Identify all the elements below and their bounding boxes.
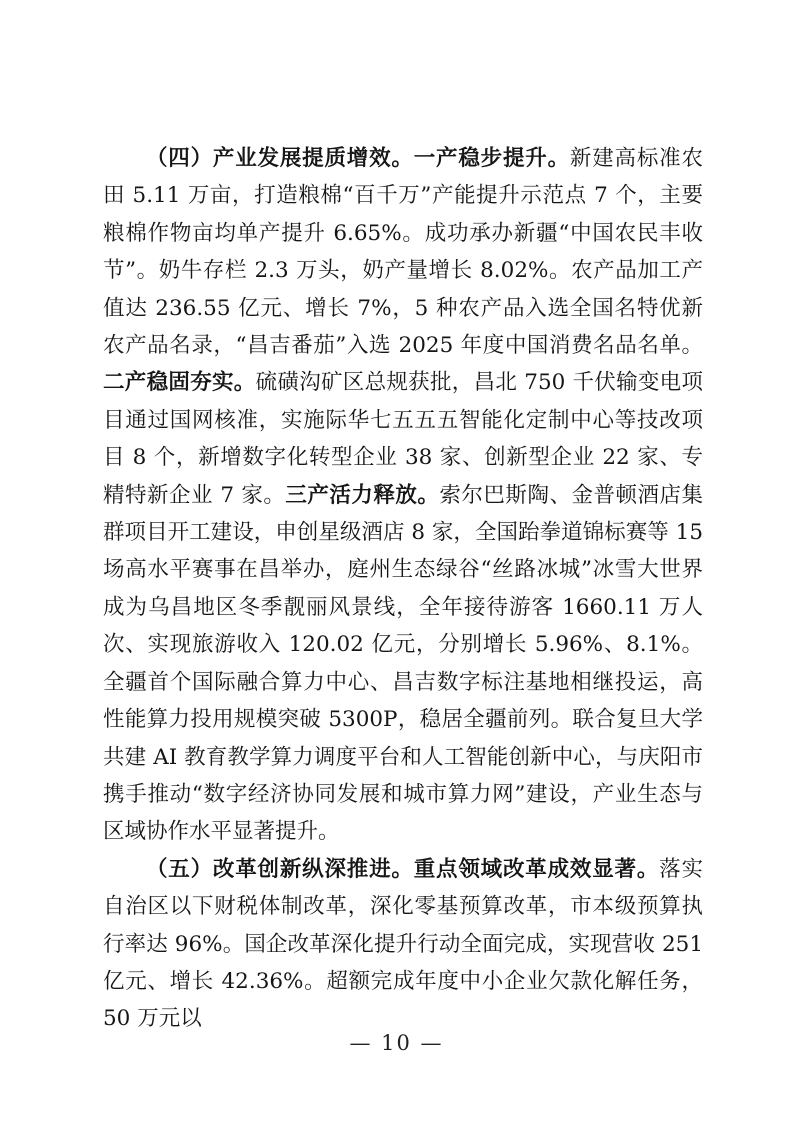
- section-5-text-reform: 落实自治区以下财税体制改革，深化零基预算改革，市本级预算执行率达 96%。国企改…: [103, 857, 703, 1032]
- paragraph-section-5: （五）改革创新纵深推进。重点领域改革成效显著。落实自治区以下财税体制改革，深化零…: [103, 851, 703, 1038]
- section-4-text-primary-industry: 新建高标准农田 5.11 万亩，打造粮棉“百千万”产能提升示范点 7 个，主要粮…: [103, 146, 703, 358]
- subhead-secondary-industry: 二产稳固夯实。: [103, 370, 256, 395]
- paragraph-section-4: （四）产业发展提质增效。一产稳步提升。新建高标准农田 5.11 万亩，打造粮棉“…: [103, 140, 703, 851]
- document-body: （四）产业发展提质增效。一产稳步提升。新建高标准农田 5.11 万亩，打造粮棉“…: [103, 140, 703, 1038]
- page-number: — 10 —: [0, 1028, 793, 1058]
- document-page: （四）产业发展提质增效。一产稳步提升。新建高标准农田 5.11 万亩，打造粮棉“…: [0, 0, 793, 1122]
- section-5-heading: （五）改革创新纵深推进。重点领域改革成效显著。: [146, 857, 659, 882]
- section-4-heading: （四）产业发展提质增效。一产稳步提升。: [146, 146, 570, 171]
- subhead-tertiary-industry: 三产活力释放。: [285, 483, 439, 508]
- section-4-text-tertiary-industry: 索尔巴斯陶、金普顿酒店集群项目开工建设，申创星级酒店 8 家，全国跆拳道锦标赛等…: [103, 483, 703, 845]
